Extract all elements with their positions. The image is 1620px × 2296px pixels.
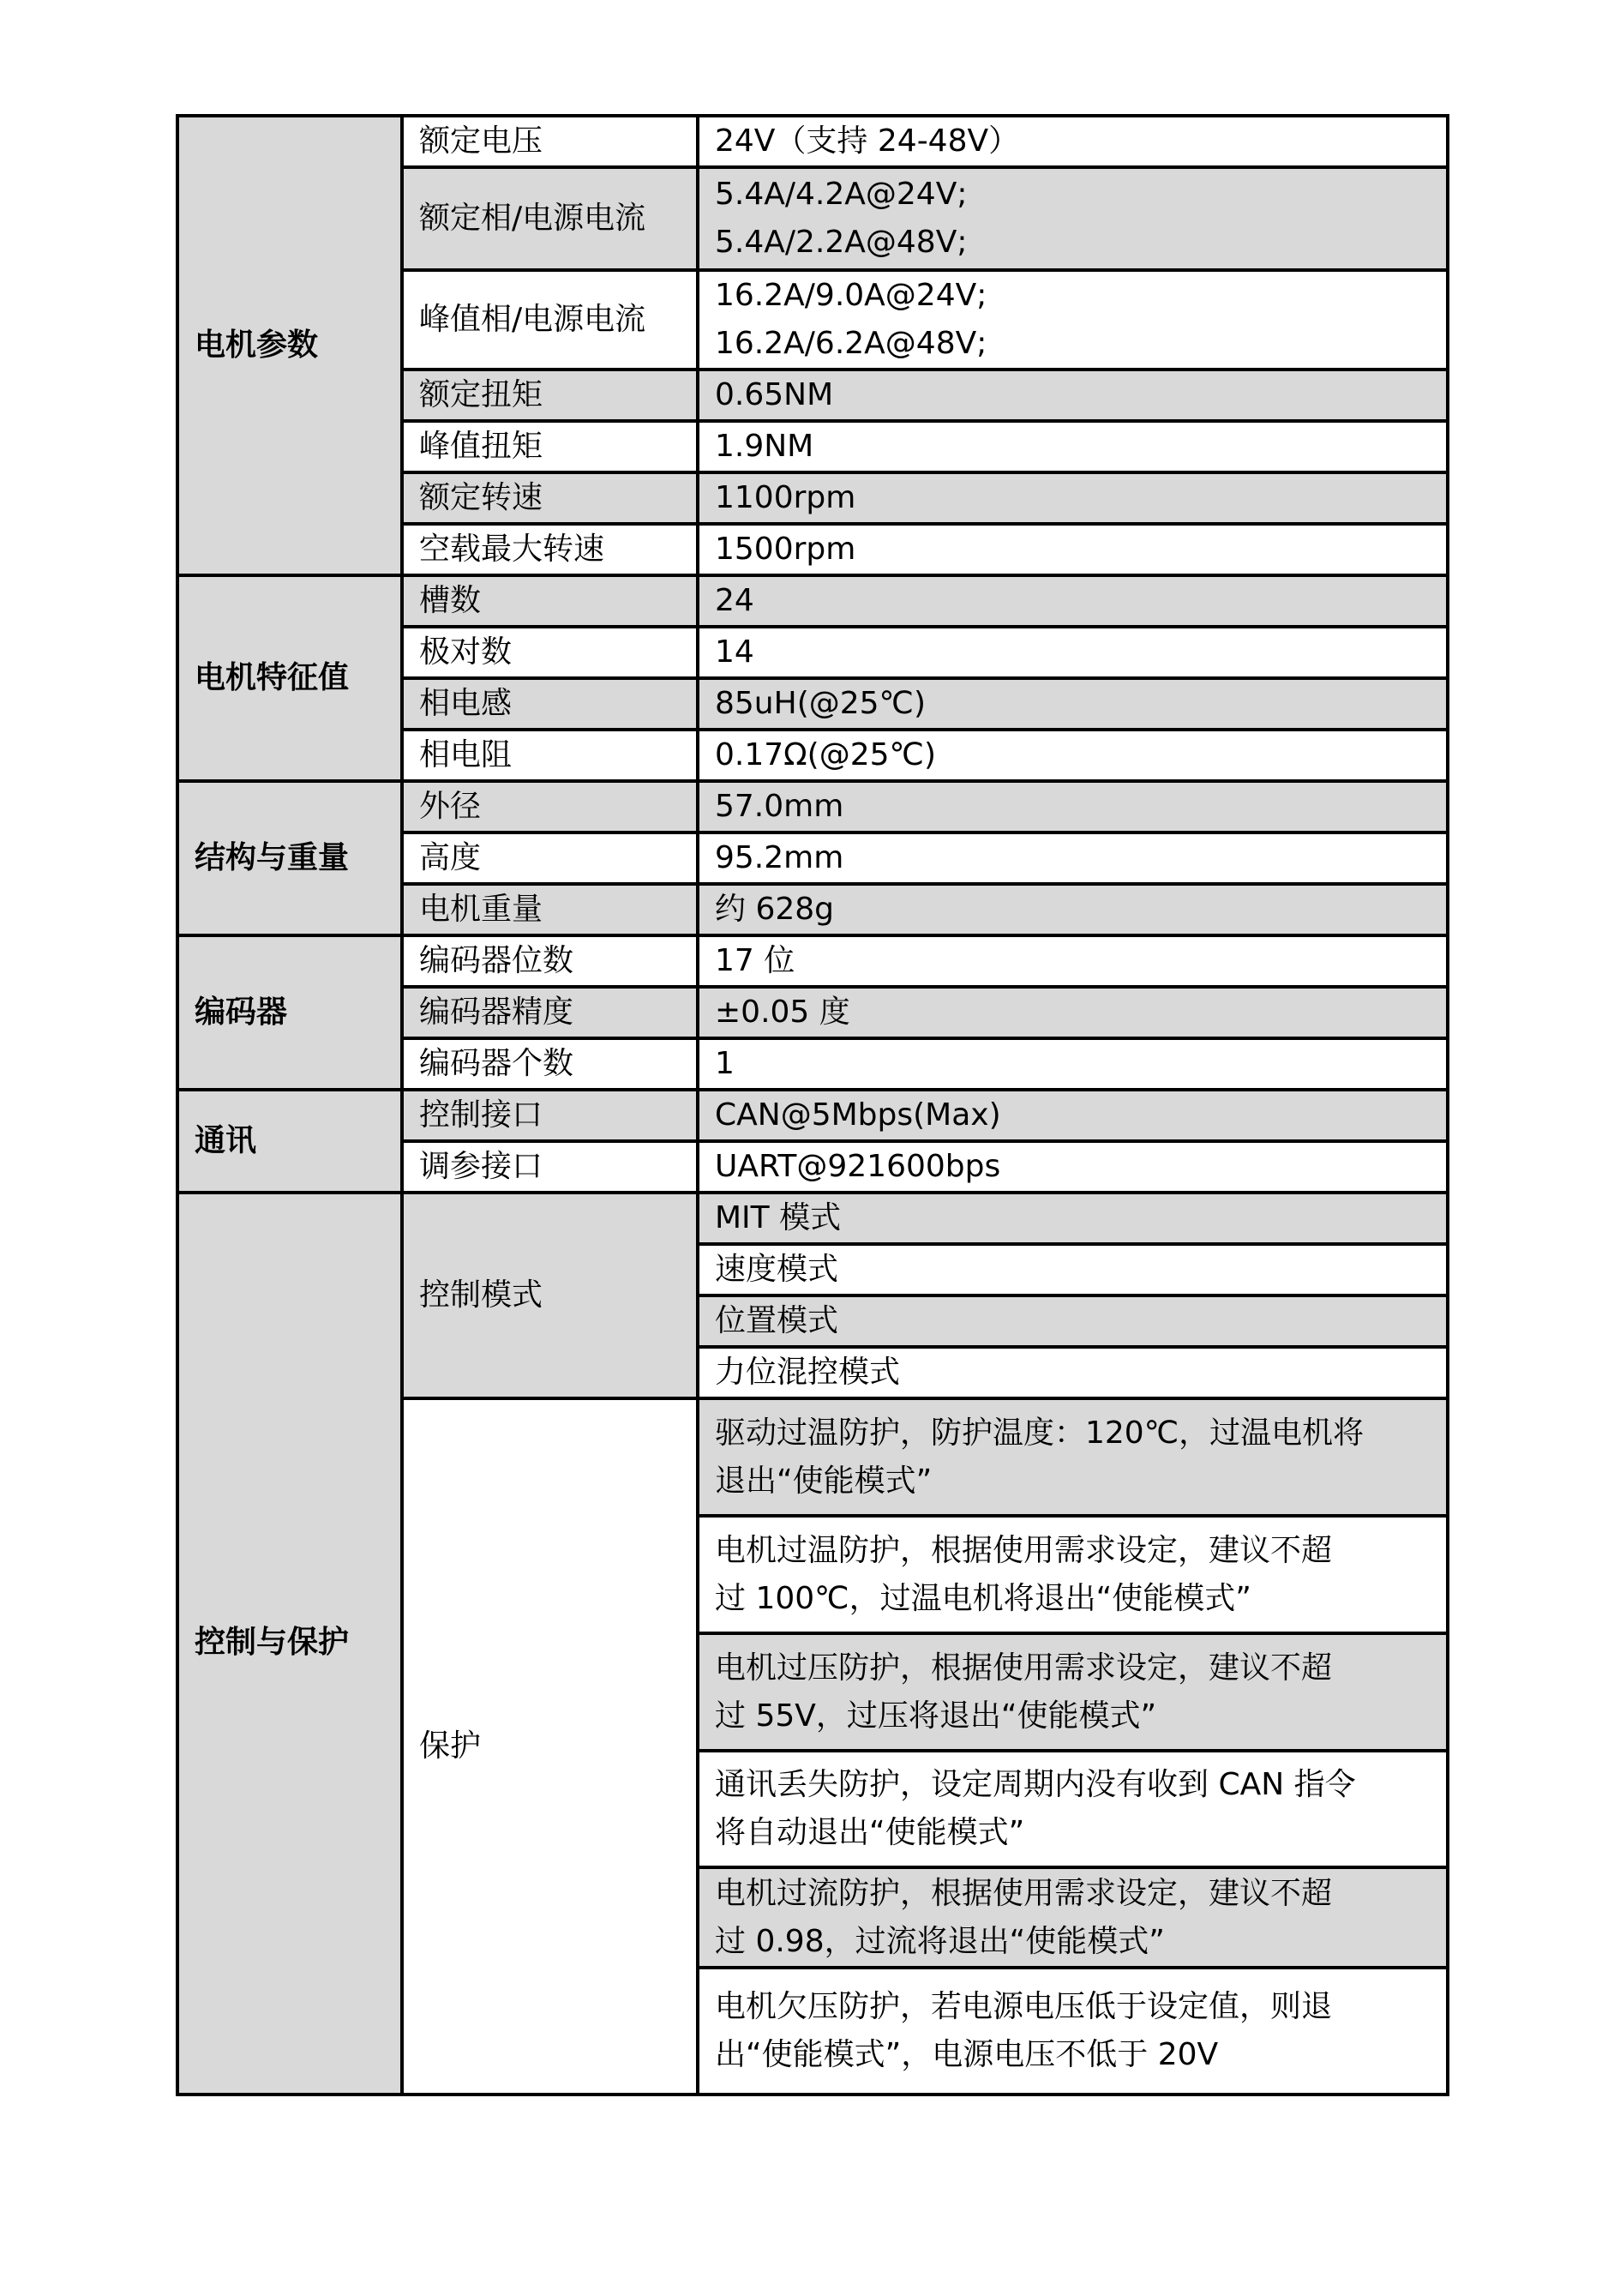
protection-item: 电机过流防护，根据使用需求设定，建议不超 过 0.98，过流将退出“使能模式” <box>698 1867 1448 1968</box>
value-line: 出“使能模式”，电源电压不低于 20V <box>715 2031 1431 2079</box>
row-value: 速度模式 <box>698 1244 1448 1295</box>
group-encoder: 编码器 <box>177 935 402 1090</box>
row-value: 14 <box>698 627 1448 678</box>
row-value: 1100rpm <box>698 472 1448 524</box>
protection-item: 电机过温防护，根据使用需求设定，建议不超 过 100℃，过温电机将退出“使能模式… <box>698 1516 1448 1633</box>
value-line: 5.4A/2.2A@48V; <box>715 219 1431 267</box>
value-line: 过 55V，过压将退出“使能模式” <box>715 1692 1431 1740</box>
value-line: 电机过温防护，根据使用需求设定，建议不超 <box>715 1527 1431 1575</box>
row-label: 极对数 <box>402 627 698 678</box>
row-label: 空载最大转速 <box>402 524 698 575</box>
spec-table: 电机参数 额定电压 24V（支持 24-48V） 额定相/电源电流 5.4A/4… <box>176 114 1449 2096</box>
table-row: 电机参数 额定电压 24V（支持 24-48V） <box>177 116 1448 167</box>
row-label: 槽数 <box>402 575 698 627</box>
row-label: 额定电压 <box>402 116 698 167</box>
row-label: 保护 <box>402 1398 698 2095</box>
row-label: 编码器精度 <box>402 987 698 1038</box>
row-value: 17 位 <box>698 935 1448 987</box>
row-value: 1.9NM <box>698 421 1448 472</box>
group-motor-params: 电机参数 <box>177 116 402 575</box>
row-value: UART@921600bps <box>698 1141 1448 1193</box>
row-label: 外径 <box>402 781 698 832</box>
row-value: 57.0mm <box>698 781 1448 832</box>
table-row: 结构与重量 外径 57.0mm <box>177 781 1448 832</box>
row-value: CAN@5Mbps(Max) <box>698 1090 1448 1141</box>
value-line: 电机欠压防护，若电源电压低于设定值，则退 <box>715 1983 1431 2031</box>
row-value: 1500rpm <box>698 524 1448 575</box>
value-line: 通讯丢失防护，设定周期内没有收到 CAN 指令 <box>715 1761 1431 1809</box>
protection-item: 驱动过温防护，防护温度：120℃，过温电机将 退出“使能模式” <box>698 1398 1448 1516</box>
table-row: 控制与保护 控制模式 MIT 模式 <box>177 1193 1448 1244</box>
protection-item: 电机欠压防护，若电源电压低于设定值，则退 出“使能模式”，电源电压不低于 20V <box>698 1968 1448 2095</box>
group-motor-characteristics: 电机特征值 <box>177 575 402 781</box>
value-line: 16.2A/9.0A@24V; <box>715 272 1431 320</box>
value-line: 将自动退出“使能模式” <box>715 1809 1431 1857</box>
row-value: 1 <box>698 1038 1448 1090</box>
row-value: 85uH(@25℃) <box>698 678 1448 730</box>
row-label: 峰值相/电源电流 <box>402 270 698 370</box>
row-label: 相电感 <box>402 678 698 730</box>
table-row: 编码器 编码器位数 17 位 <box>177 935 1448 987</box>
row-value: 24V（支持 24-48V） <box>698 116 1448 167</box>
row-value: 95.2mm <box>698 832 1448 884</box>
row-value: 力位混控模式 <box>698 1347 1448 1398</box>
row-label: 编码器位数 <box>402 935 698 987</box>
group-communication: 通讯 <box>177 1090 402 1193</box>
table-row: 电机特征值 槽数 24 <box>177 575 1448 627</box>
value-line: 过 100℃，过温电机将退出“使能模式” <box>715 1575 1431 1623</box>
row-value: 0.65NM <box>698 370 1448 421</box>
row-label: 相电阻 <box>402 730 698 781</box>
protection-item: 通讯丢失防护，设定周期内没有收到 CAN 指令 将自动退出“使能模式” <box>698 1751 1448 1867</box>
row-value: 位置模式 <box>698 1295 1448 1347</box>
value-line: 退出“使能模式” <box>715 1458 1431 1506</box>
row-label: 编码器个数 <box>402 1038 698 1090</box>
row-value: 16.2A/9.0A@24V; 16.2A/6.2A@48V; <box>698 270 1448 370</box>
row-label: 控制接口 <box>402 1090 698 1141</box>
group-structure-weight: 结构与重量 <box>177 781 402 935</box>
row-label: 电机重量 <box>402 884 698 935</box>
group-control-protection: 控制与保护 <box>177 1193 402 2095</box>
row-label: 额定转速 <box>402 472 698 524</box>
row-value: MIT 模式 <box>698 1193 1448 1244</box>
row-label: 调参接口 <box>402 1141 698 1193</box>
row-label: 峰值扭矩 <box>402 421 698 472</box>
row-label: 额定相/电源电流 <box>402 167 698 270</box>
row-value: 约 628g <box>698 884 1448 935</box>
value-line: 过 0.98，过流将退出“使能模式” <box>715 1918 1431 1966</box>
value-line: 电机过压防护，根据使用需求设定，建议不超 <box>715 1644 1431 1692</box>
value-line: 5.4A/4.2A@24V; <box>715 171 1431 219</box>
value-line: 电机过流防护，根据使用需求设定，建议不超 <box>715 1870 1431 1918</box>
row-value: 5.4A/4.2A@24V; 5.4A/2.2A@48V; <box>698 167 1448 270</box>
row-value: 24 <box>698 575 1448 627</box>
row-label: 控制模式 <box>402 1193 698 1398</box>
value-line: 驱动过温防护，防护温度：120℃，过温电机将 <box>715 1409 1431 1458</box>
table-row: 通讯 控制接口 CAN@5Mbps(Max) <box>177 1090 1448 1141</box>
protection-item: 电机过压防护，根据使用需求设定，建议不超 过 55V，过压将退出“使能模式” <box>698 1633 1448 1751</box>
row-label: 高度 <box>402 832 698 884</box>
row-value: ±0.05 度 <box>698 987 1448 1038</box>
row-value: 0.17Ω(@25℃) <box>698 730 1448 781</box>
row-label: 额定扭矩 <box>402 370 698 421</box>
value-line: 16.2A/6.2A@48V; <box>715 320 1431 368</box>
